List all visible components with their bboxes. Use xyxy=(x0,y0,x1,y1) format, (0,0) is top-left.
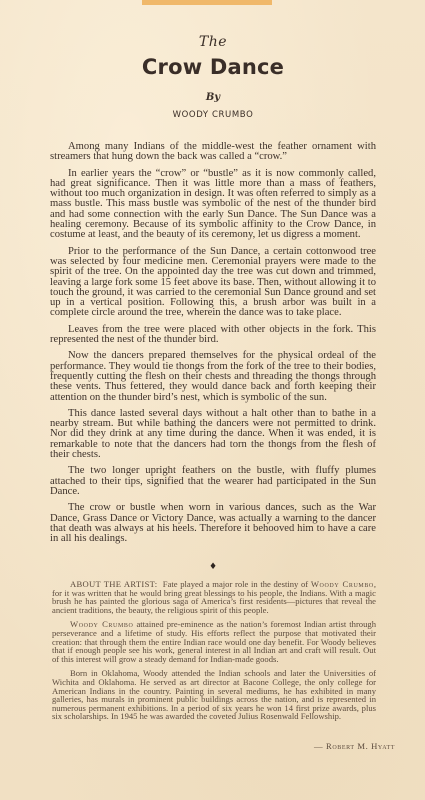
article-paragraph: The two longer upright feathers on the b… xyxy=(50,466,376,497)
byline-label: By xyxy=(50,92,376,103)
article-paragraph: Prior to the performance of the Sun Danc… xyxy=(50,247,376,319)
about-paragraph: Born in Oklahoma, Woody attended the Ind… xyxy=(52,669,376,721)
about-paragraph: ABOUT THE ARTIST: Fate played a major ro… xyxy=(52,580,376,614)
article-paragraph: This dance lasted several days without a… xyxy=(50,409,376,460)
signature: — Robert M. Hyatt xyxy=(314,741,395,751)
article-paragraph: The crow or bustle when worn in various … xyxy=(50,503,376,544)
accent-strip xyxy=(142,0,272,5)
article-paragraph: Leaves from the tree were placed with ot… xyxy=(50,325,376,346)
article-paragraph: Among many Indians of the middle-west th… xyxy=(50,142,376,163)
about-the-artist: ABOUT THE ARTIST: Fate played a major ro… xyxy=(52,580,376,727)
page-title: Crow Dance xyxy=(50,55,376,79)
diamond-ornament-icon: ♦ xyxy=(50,562,376,572)
title-prefix: The xyxy=(50,34,376,50)
article-paragraph: Now the dancers prepared themselves for … xyxy=(50,351,376,402)
article-paragraph: In earlier years the “crow” or “bustle” … xyxy=(50,169,376,241)
about-paragraph: Woody Crumbo attained pre-eminence as th… xyxy=(52,620,376,663)
article-body: Among many Indians of the middle-west th… xyxy=(50,142,376,550)
author-name: WOODY CRUMBO xyxy=(50,110,376,120)
